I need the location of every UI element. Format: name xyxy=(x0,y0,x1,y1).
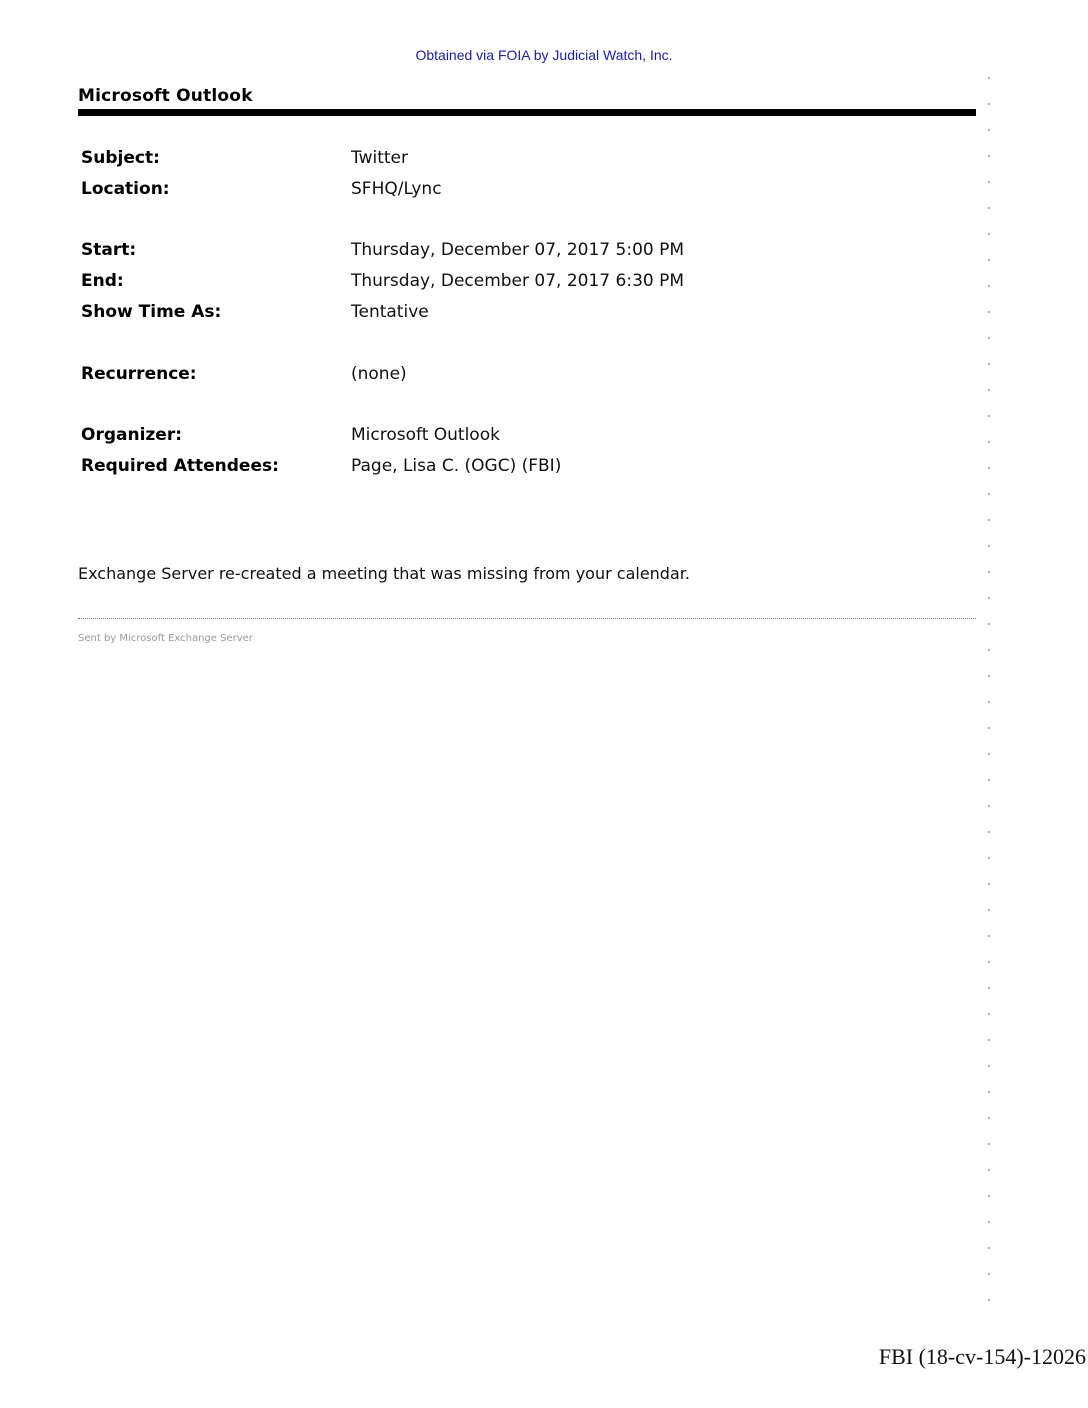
message-body: Exchange Server re-created a meeting tha… xyxy=(78,564,690,583)
field-label: Recurrence: xyxy=(81,364,197,384)
field-label: Show Time As: xyxy=(81,302,221,322)
foia-watermark: Obtained via FOIA by Judicial Watch, Inc… xyxy=(0,47,1088,63)
field-value: (none) xyxy=(351,364,407,384)
field-value: Thursday, December 07, 2017 6:30 PM xyxy=(351,271,684,291)
document-title: Microsoft Outlook xyxy=(78,86,253,106)
field-label: Subject: xyxy=(81,148,160,168)
field-label: Organizer: xyxy=(81,425,182,445)
field-organizer: Organizer: Microsoft Outlook xyxy=(81,425,981,447)
bates-number: FBI (18-cv-154)-12026 xyxy=(879,1344,1086,1370)
field-value: Twitter xyxy=(351,148,408,168)
field-value: Page, Lisa C. (OGC) (FBI) xyxy=(351,456,561,476)
field-required-attendees: Required Attendees: Page, Lisa C. (OGC) … xyxy=(81,456,981,478)
field-show-time-as: Show Time As: Tentative xyxy=(81,302,981,324)
field-label: Start: xyxy=(81,240,136,260)
field-start: Start: Thursday, December 07, 2017 5:00 … xyxy=(81,240,981,262)
field-subject: Subject: Twitter xyxy=(81,148,981,170)
field-recurrence: Recurrence: (none) xyxy=(81,364,981,386)
field-label: Required Attendees: xyxy=(81,456,279,476)
scan-artifact-dots xyxy=(988,65,990,1325)
footer-note: Sent by Microsoft Exchange Server xyxy=(78,633,253,644)
field-value: Microsoft Outlook xyxy=(351,425,500,445)
field-value: Tentative xyxy=(351,302,429,322)
field-value: SFHQ/Lync xyxy=(351,179,442,199)
title-divider xyxy=(78,109,976,116)
field-label: End: xyxy=(81,271,124,291)
field-value: Thursday, December 07, 2017 5:00 PM xyxy=(351,240,684,260)
footer-divider xyxy=(78,618,976,619)
field-end: End: Thursday, December 07, 2017 6:30 PM xyxy=(81,271,981,293)
field-location: Location: SFHQ/Lync xyxy=(81,179,981,201)
field-label: Location: xyxy=(81,179,170,199)
